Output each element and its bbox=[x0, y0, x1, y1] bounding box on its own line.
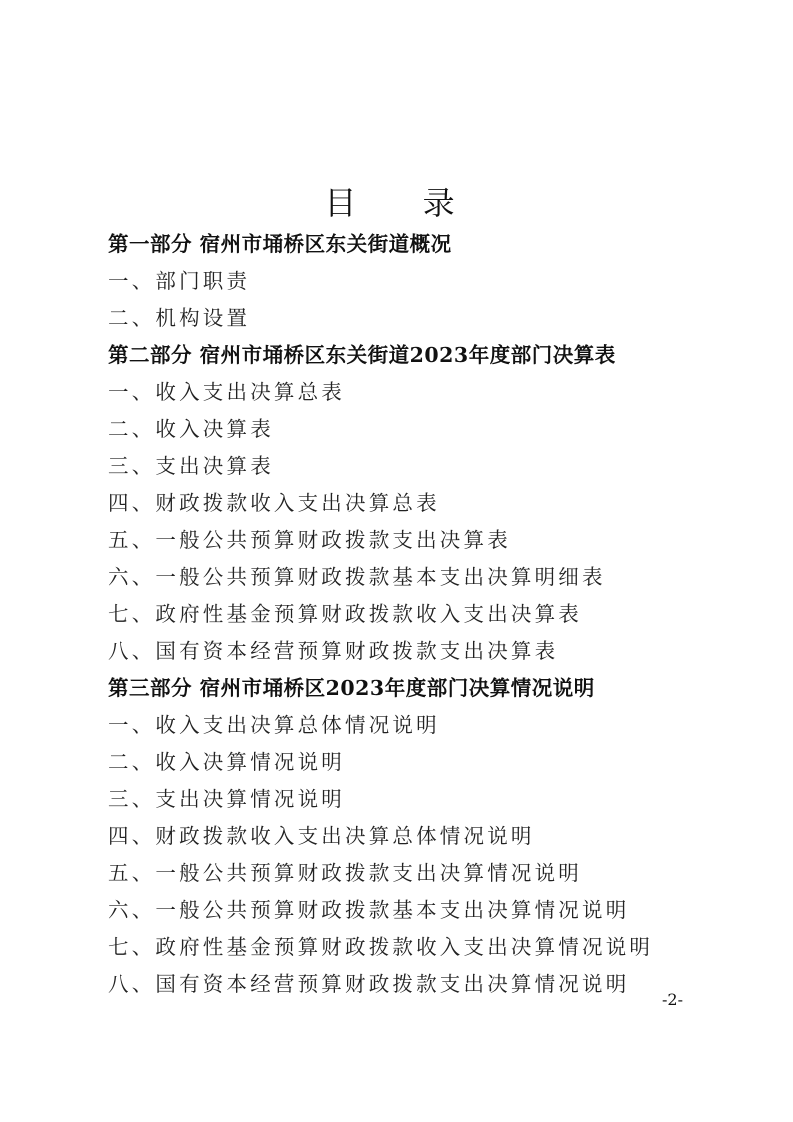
page-title: 目 录 bbox=[0, 181, 793, 225]
toc-item: 三、支出决算情况说明 bbox=[108, 781, 653, 818]
toc-item: 五、一般公共预算财政拨款支出决算情况说明 bbox=[108, 855, 653, 892]
toc-item: 六、一般公共预算财政拨款基本支出决算明细表 bbox=[108, 559, 653, 596]
part-1-heading: 第一部分 宿州市埇桥区东关街道概况 bbox=[108, 226, 653, 263]
toc-item: 八、国有资本经营预算财政拨款支出决算表 bbox=[108, 633, 653, 670]
toc-item: 一、收入支出决算总表 bbox=[108, 374, 653, 411]
toc-item: 四、财政拨款收入支出决算总体情况说明 bbox=[108, 818, 653, 855]
page-number: -2- bbox=[662, 990, 683, 1009]
toc-item: 二、收入决算情况说明 bbox=[108, 744, 653, 781]
toc-item: 八、国有资本经营预算财政拨款支出决算情况说明 bbox=[108, 966, 653, 1003]
toc-item: 七、政府性基金预算财政拨款收入支出决算表 bbox=[108, 596, 653, 633]
toc-item: 一、部门职责 bbox=[108, 263, 653, 300]
part-3-heading: 第三部分 宿州市埇桥区2023年度部门决算情况说明 bbox=[108, 670, 653, 707]
toc-item: 二、机构设置 bbox=[108, 300, 653, 337]
toc-item: 六、一般公共预算财政拨款基本支出决算情况说明 bbox=[108, 892, 653, 929]
toc-item: 七、政府性基金预算财政拨款收入支出决算情况说明 bbox=[108, 929, 653, 966]
table-of-contents: 第一部分 宿州市埇桥区东关街道概况 一、部门职责 二、机构设置 第二部分 宿州市… bbox=[108, 226, 653, 1003]
toc-item: 三、支出决算表 bbox=[108, 448, 653, 485]
toc-item: 二、收入决算表 bbox=[108, 411, 653, 448]
part-2-heading: 第二部分 宿州市埇桥区东关街道2023年度部门决算表 bbox=[108, 337, 653, 374]
toc-item: 五、一般公共预算财政拨款支出决算表 bbox=[108, 522, 653, 559]
toc-item: 四、财政拨款收入支出决算总表 bbox=[108, 485, 653, 522]
toc-item: 一、收入支出决算总体情况说明 bbox=[108, 707, 653, 744]
